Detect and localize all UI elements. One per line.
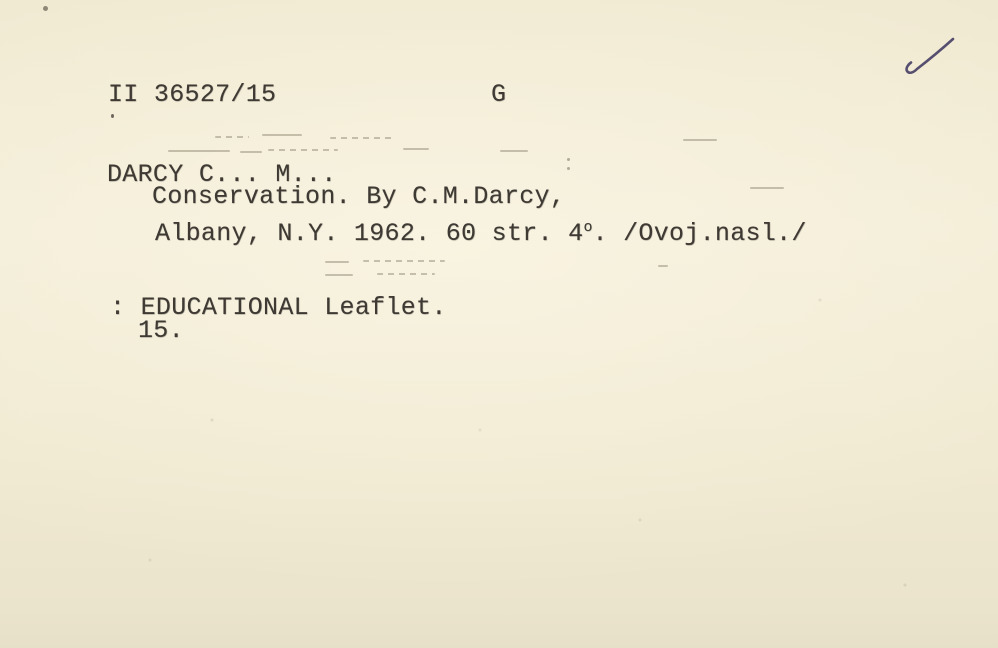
shelf-letter: G — [491, 82, 506, 107]
imprint-text-post: . /Ovoj.nasl./ — [592, 219, 806, 248]
series-number: 15. — [138, 318, 184, 343]
pen-slash-mark — [900, 33, 962, 83]
catalog-card: II 36527/15 G DARCY C... M... Conservati… — [0, 0, 998, 648]
imprint-line: Albany, N.Y. 1962. 60 str. 4o. /Ovoj.nas… — [155, 221, 807, 249]
stray-ink-dot — [111, 114, 114, 118]
call-number: II 36527/15 — [108, 82, 276, 107]
imprint-superscript: o — [583, 219, 592, 236]
paper-speck — [43, 6, 48, 11]
imprint-text: Albany, N.Y. 1962. 60 str. 4 — [155, 219, 583, 248]
title-line: Conservation. By C.M.Darcy, — [152, 184, 565, 209]
